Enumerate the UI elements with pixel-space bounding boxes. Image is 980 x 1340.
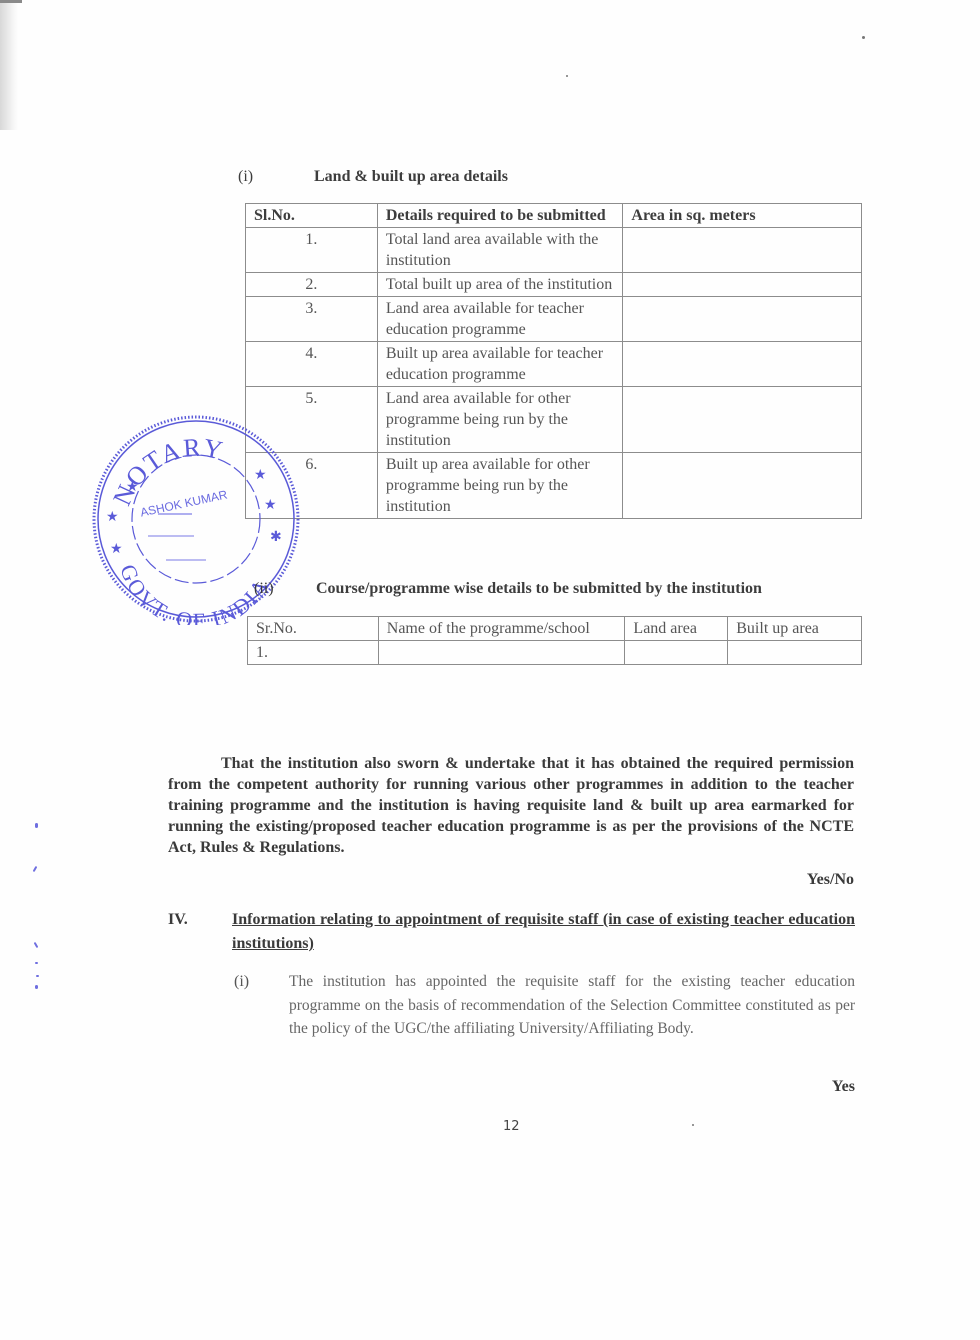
item-i-number: (i) [234, 973, 249, 991]
header-sl-no: Sl.No. [246, 204, 378, 228]
stamp-star-icon: ★ [264, 497, 277, 513]
scan-speck [566, 75, 568, 77]
table-row: 1. [248, 641, 862, 665]
item-i-text: The institution has appointed the requis… [289, 970, 855, 1041]
cell-area[interactable] [623, 342, 862, 387]
stamp-star-icon: ★ [106, 509, 119, 525]
cell-built-up-area[interactable] [728, 641, 862, 665]
undertaking-answer: Yes/No [807, 871, 854, 889]
ink-mark [33, 866, 38, 872]
cell-sl-no: 4. [246, 342, 378, 387]
header-land-area: Land area [625, 617, 728, 641]
header-built-up-area: Built up area [728, 617, 862, 641]
section-i-title: Land & built up area details [314, 168, 508, 186]
cell-details: Built up area available for teacher educ… [377, 342, 623, 387]
cell-programme-name[interactable] [378, 641, 625, 665]
stamp-star-icon: ✱ [270, 529, 282, 545]
programme-table: Sr.No. Name of the programme/school Land… [247, 616, 862, 665]
table-row: 4.Built up area available for teacher ed… [246, 342, 862, 387]
header-details: Details required to be submitted [377, 204, 623, 228]
header-area: Area in sq. meters [623, 204, 862, 228]
scan-edge-shadow [0, 0, 18, 130]
ink-mark [35, 962, 38, 964]
cell-details: Built up area available for other progra… [377, 453, 623, 519]
scan-speck [692, 1124, 694, 1126]
cell-area[interactable] [623, 273, 862, 297]
item-i-answer: Yes [832, 1078, 855, 1096]
cell-area[interactable] [623, 453, 862, 519]
stamp-star-icon: ★ [110, 541, 123, 557]
land-area-table: Sl.No. Details required to be submitted … [245, 203, 862, 519]
cell-details: Total built up area of the institution [377, 273, 623, 297]
cell-sl-no: 2. [246, 273, 378, 297]
header-programme-name: Name of the programme/school [378, 617, 625, 641]
table-row: 6.Built up area available for other prog… [246, 453, 862, 519]
ink-mark [36, 975, 39, 977]
cell-area[interactable] [623, 297, 862, 342]
cell-area[interactable] [623, 228, 862, 273]
scan-speck [862, 36, 865, 39]
cell-land-area[interactable] [625, 641, 728, 665]
document-page: (i) Land & built up area details Sl.No. … [0, 0, 980, 1340]
section-ii-number: (ii) [254, 580, 274, 598]
ink-mark [35, 985, 38, 989]
section-i-number: (i) [238, 168, 253, 186]
cell-details: Total land area available with the insti… [377, 228, 623, 273]
table-row: 3.Land area available for teacher educat… [246, 297, 862, 342]
table-row: 1.Total land area available with the ins… [246, 228, 862, 273]
table-row: 2.Total built up area of the institution [246, 273, 862, 297]
header-sr-no: Sr.No. [248, 617, 379, 641]
section-ii-title: Course/programme wise details to be subm… [316, 580, 762, 598]
section-iv-title: Information relating to appointment of r… [232, 908, 855, 956]
stamp-star-icon: ★ [254, 467, 267, 483]
cell-sl-no: 1. [246, 228, 378, 273]
cell-details: Land area available for other programme … [377, 387, 623, 453]
scan-edge-mark [0, 0, 22, 3]
cell-area[interactable] [623, 387, 862, 453]
table-row: 5.Land area available for other programm… [246, 387, 862, 453]
section-iv-number: IV. [168, 911, 188, 929]
page-number: 12 [503, 1119, 520, 1134]
ink-mark [35, 823, 38, 828]
cell-sl-no: 3. [246, 297, 378, 342]
stamp-star-icon: ★ [126, 479, 139, 495]
table-header-row: Sr.No. Name of the programme/school Land… [248, 617, 862, 641]
cell-sr-no: 1. [248, 641, 379, 665]
ink-mark [34, 942, 39, 948]
table-header-row: Sl.No. Details required to be submitted … [246, 204, 862, 228]
undertaking-paragraph: That the institution also sworn & undert… [168, 753, 854, 858]
cell-details: Land area available for teacher educatio… [377, 297, 623, 342]
